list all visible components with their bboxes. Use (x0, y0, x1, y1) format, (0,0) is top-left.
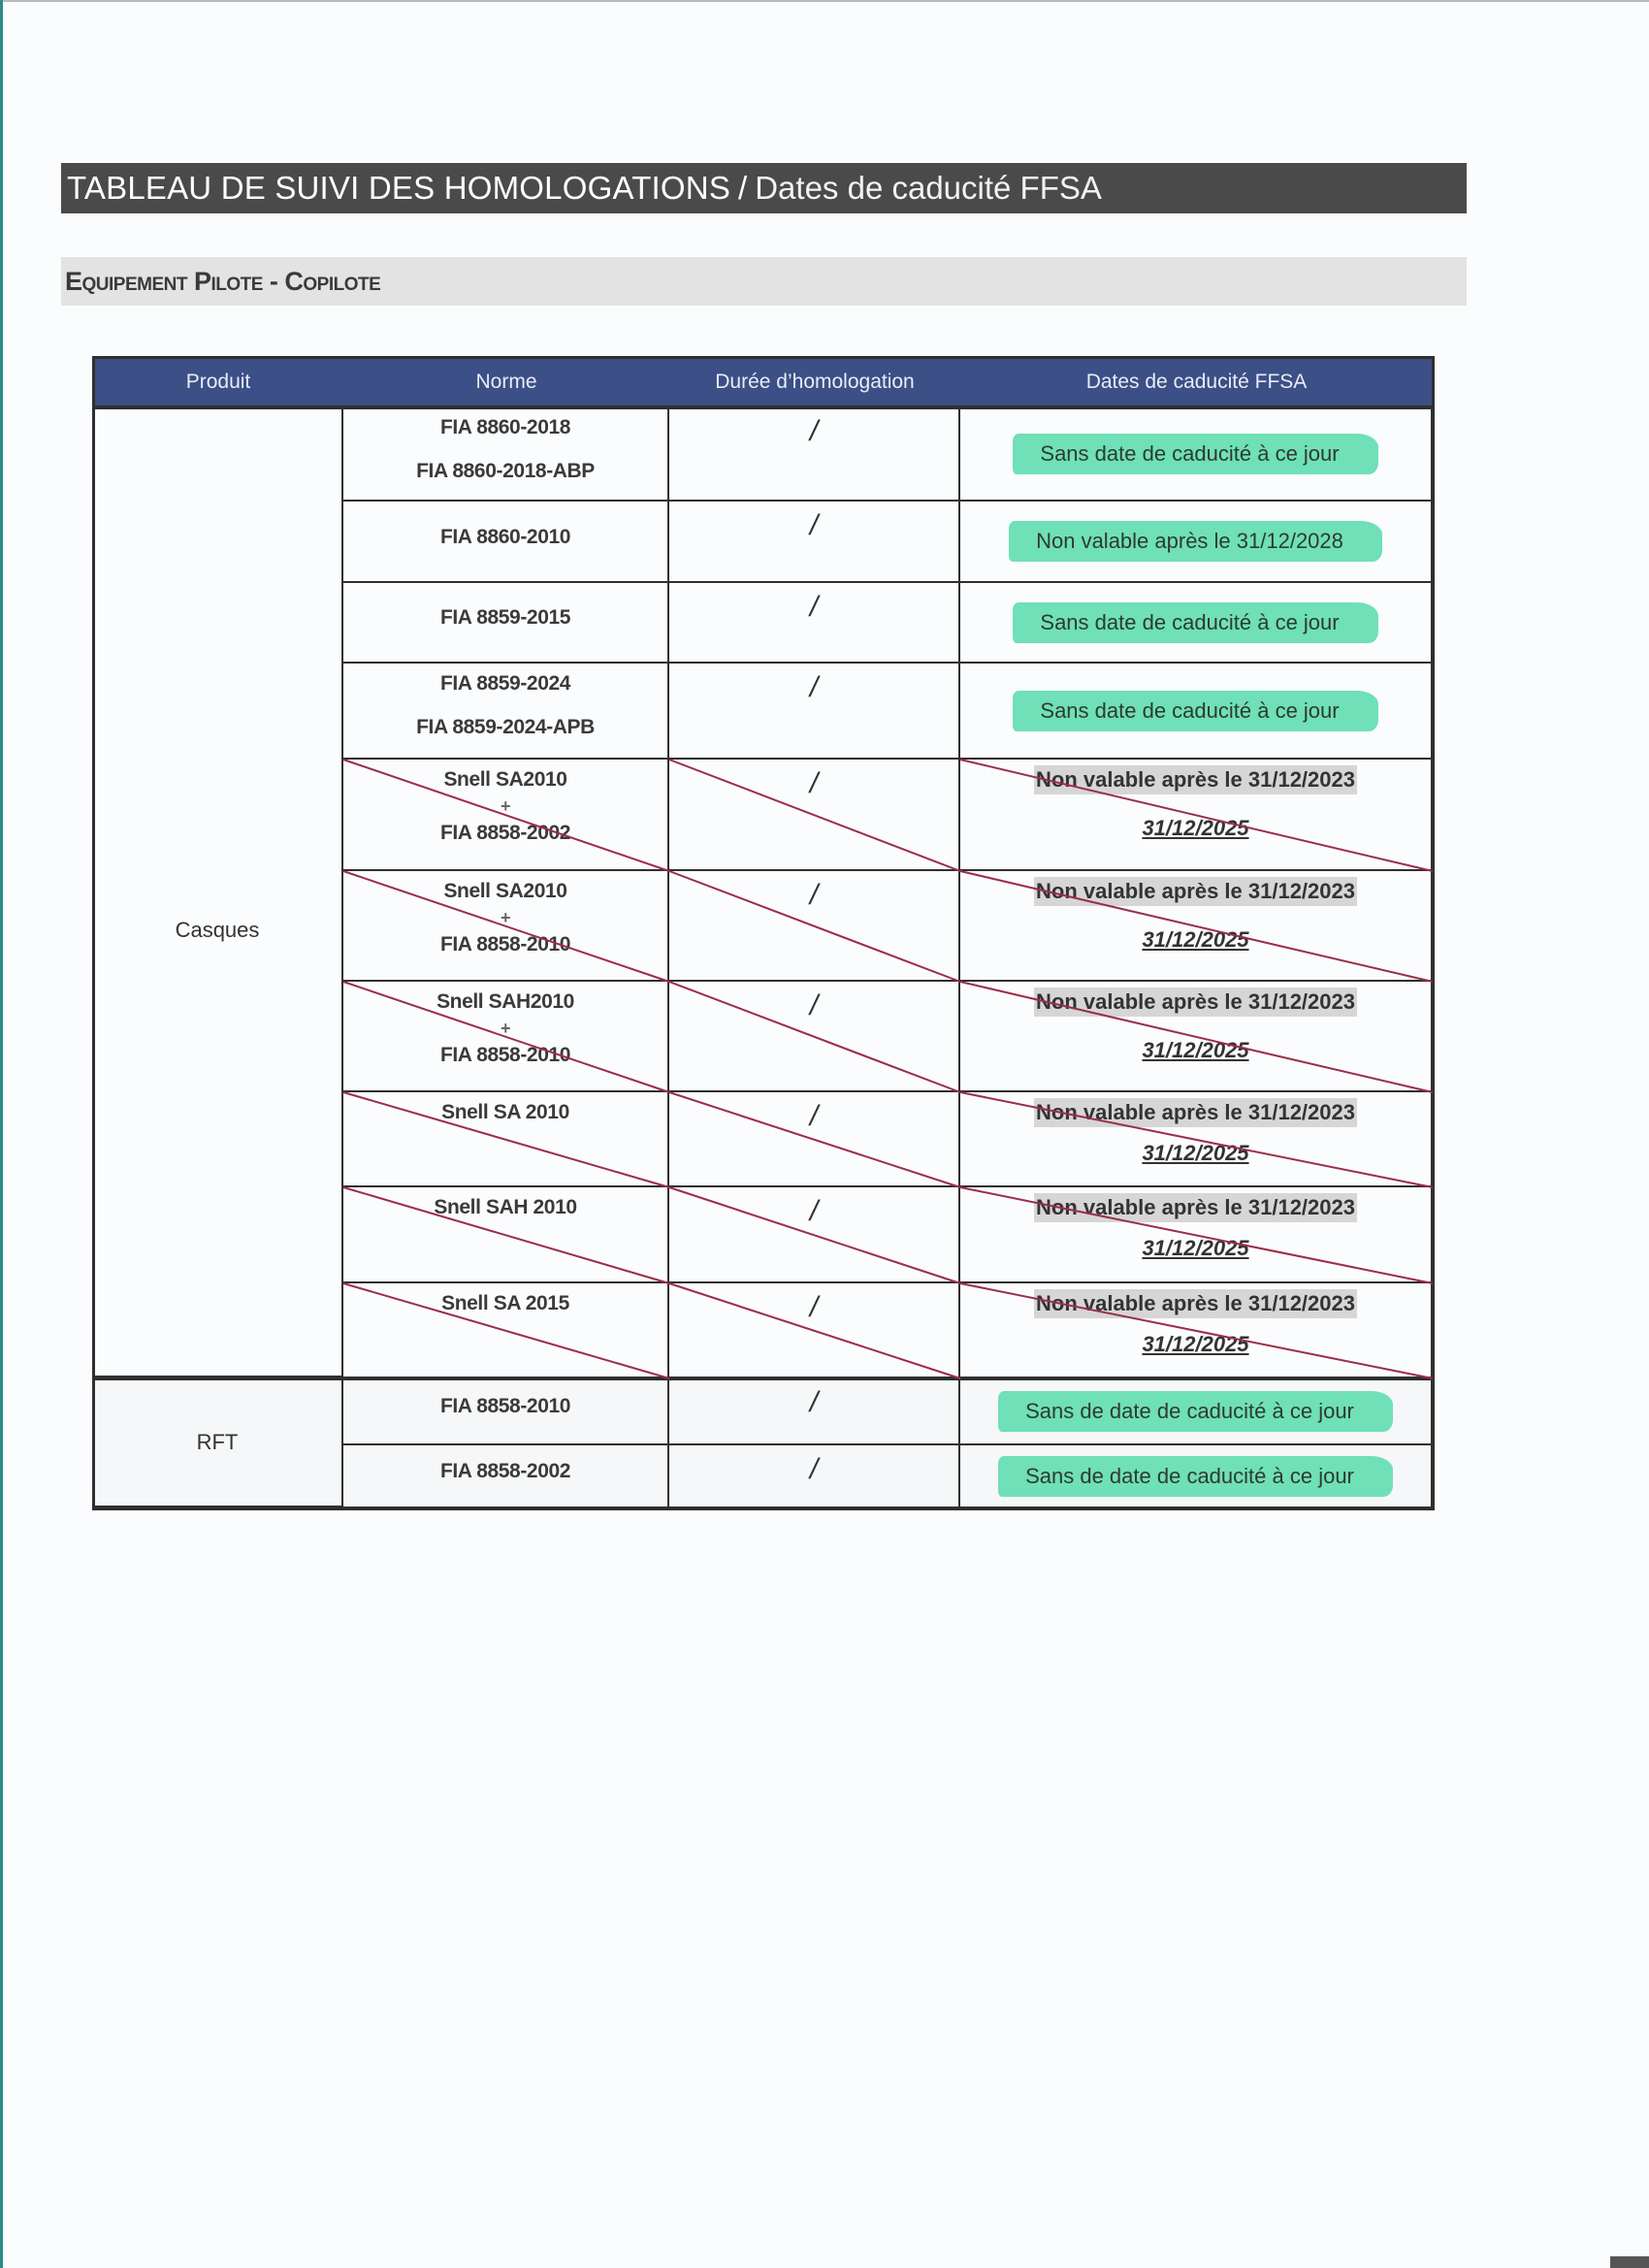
expiry-cell: Non valable après le 31/12/202331/12/202… (960, 982, 1433, 1092)
norm-name: FIA 8860-2010 (440, 527, 570, 547)
norm-cell: FIA 8859-2024FIA 8859-2024-APB (343, 664, 669, 760)
duration-cell: / (669, 871, 960, 982)
norm-name: FIA 8860-2018 (440, 417, 570, 437)
norm-name: FIA 8859-2024-APB (416, 717, 595, 737)
duration-value: / (810, 1197, 818, 1226)
norm-cell: FIA 8860-2018FIA 8860-2018-ABP (343, 407, 669, 502)
duration-value: / (810, 1102, 818, 1131)
expiry-cell: Non valable après le 31/12/202331/12/202… (960, 760, 1433, 871)
norm-cell: FIA 8858-2010 (343, 1378, 669, 1445)
duration-value: / (810, 593, 818, 622)
product-label: Casques (176, 918, 260, 943)
norm-plus: + (501, 797, 510, 815)
duration-value: / (810, 417, 818, 446)
expiry-cell: Non valable après le 31/12/202331/12/202… (960, 871, 1433, 982)
group-divider (93, 1377, 1433, 1380)
expiry-cell: Sans date de caducité à ce jour (960, 407, 1433, 502)
expiry-new-date: 31/12/2025 (1142, 927, 1248, 953)
expiry-new-date: 31/12/2025 (1142, 1141, 1248, 1166)
expiry-status-old: Non valable après le 31/12/2023 (1034, 1193, 1357, 1222)
norm-plus: + (501, 909, 510, 926)
expiry-cell: Sans date de caducité à ce jour (960, 664, 1433, 760)
duration-cell: / (669, 502, 960, 583)
norm-cell: Snell SA 2010 (343, 1092, 669, 1187)
header-norme: Norme (343, 357, 669, 407)
norm-cell: Snell SAH2010+FIA 8858-2010 (343, 982, 669, 1092)
duration-cell: / (669, 407, 960, 502)
duration-value: / (810, 1455, 818, 1484)
expiry-status-highlighted: Sans de date de caducité à ce jour (998, 1391, 1393, 1432)
norm-name: FIA 8858-2002 (440, 1461, 570, 1481)
norm-cell: Snell SAH 2010 (343, 1187, 669, 1283)
duration-value: / (810, 673, 818, 702)
expiry-cell: Sans de date de caducité à ce jour (960, 1445, 1433, 1508)
expiry-new-date: 31/12/2025 (1142, 1332, 1248, 1357)
product-cell: Casques (93, 407, 343, 1378)
expiry-status-old: Non valable après le 31/12/2023 (1034, 1289, 1357, 1318)
expiry-new-date: 31/12/2025 (1142, 1236, 1248, 1261)
norm-name: Snell SA2010 (443, 769, 566, 790)
duration-cell: / (669, 1092, 960, 1187)
norm-name: FIA 8858-2002 (440, 823, 570, 843)
duration-cell: / (669, 760, 960, 871)
expiry-status-highlighted: Sans date de caducité à ce jour (1013, 434, 1377, 474)
expiry-cell: Non valable après le 31/12/202331/12/202… (960, 1283, 1433, 1378)
norm-name: FIA 8860-2018-ABP (416, 461, 595, 481)
expiry-status-old: Non valable après le 31/12/2023 (1034, 877, 1357, 906)
expiry-cell: Non valable après le 31/12/202331/12/202… (960, 1187, 1433, 1283)
expiry-cell: Sans de date de caducité à ce jour (960, 1378, 1433, 1445)
duration-value: / (810, 881, 818, 910)
header-dates: Dates de caducité FFSA (960, 357, 1433, 407)
norm-name: FIA 8859-2024 (440, 673, 570, 694)
product-cell: RFT (93, 1378, 343, 1508)
header-divider (93, 405, 1433, 409)
duration-cell: / (669, 1445, 960, 1508)
norm-cell: Snell SA2010+FIA 8858-2002 (343, 760, 669, 871)
duration-value: / (810, 511, 818, 540)
duration-value: / (810, 769, 818, 798)
duration-value: / (810, 1388, 818, 1417)
norm-cell: Snell SA 2015 (343, 1283, 669, 1378)
expiry-new-date: 31/12/2025 (1142, 1038, 1248, 1063)
norm-name: FIA 8858-2010 (440, 1396, 570, 1416)
norm-name: FIA 8858-2010 (440, 934, 570, 955)
expiry-status-highlighted: Sans date de caducité à ce jour (1013, 602, 1377, 643)
expiry-cell: Non valable après le 31/12/202331/12/202… (960, 1092, 1433, 1187)
norm-name: Snell SA 2015 (441, 1293, 569, 1313)
duration-cell: / (669, 1283, 960, 1378)
expiry-status-old: Non valable après le 31/12/2023 (1034, 765, 1357, 794)
norm-name: Snell SA 2010 (441, 1102, 569, 1122)
expiry-new-date: 31/12/2025 (1142, 816, 1248, 841)
norm-cell: FIA 8860-2010 (343, 502, 669, 583)
norm-name: Snell SAH2010 (436, 991, 574, 1012)
duration-cell: / (669, 583, 960, 664)
header-produit: Produit (93, 357, 343, 407)
expiry-status-old: Non valable après le 31/12/2023 (1034, 988, 1357, 1017)
duration-cell: / (669, 982, 960, 1092)
homologation-table: ProduitNormeDurée d’homologationDates de… (0, 0, 1649, 2268)
duration-value: / (810, 1293, 818, 1322)
norm-name: FIA 8858-2010 (440, 1045, 570, 1065)
header-duree: Durée d’homologation (669, 357, 960, 407)
duration-cell: / (669, 1187, 960, 1283)
expiry-status-highlighted: Non valable après le 31/12/2028 (1009, 521, 1382, 562)
expiry-cell: Sans date de caducité à ce jour (960, 583, 1433, 664)
norm-cell: Snell SA2010+FIA 8858-2010 (343, 871, 669, 982)
norm-cell: FIA 8859-2015 (343, 583, 669, 664)
norm-plus: + (501, 1020, 510, 1037)
duration-cell: / (669, 664, 960, 760)
norm-name: Snell SA2010 (443, 881, 566, 901)
expiry-status-old: Non valable après le 31/12/2023 (1034, 1098, 1357, 1127)
duration-value: / (810, 991, 818, 1021)
duration-cell: / (669, 1378, 960, 1445)
norm-name: Snell SAH 2010 (434, 1197, 576, 1217)
norm-name: FIA 8859-2015 (440, 607, 570, 628)
expiry-status-highlighted: Sans de date de caducité à ce jour (998, 1456, 1393, 1497)
expiry-cell: Non valable après le 31/12/2028 (960, 502, 1433, 583)
norm-cell: FIA 8858-2002 (343, 1445, 669, 1508)
expiry-status-highlighted: Sans date de caducité à ce jour (1013, 691, 1377, 731)
product-label: RFT (197, 1430, 239, 1455)
